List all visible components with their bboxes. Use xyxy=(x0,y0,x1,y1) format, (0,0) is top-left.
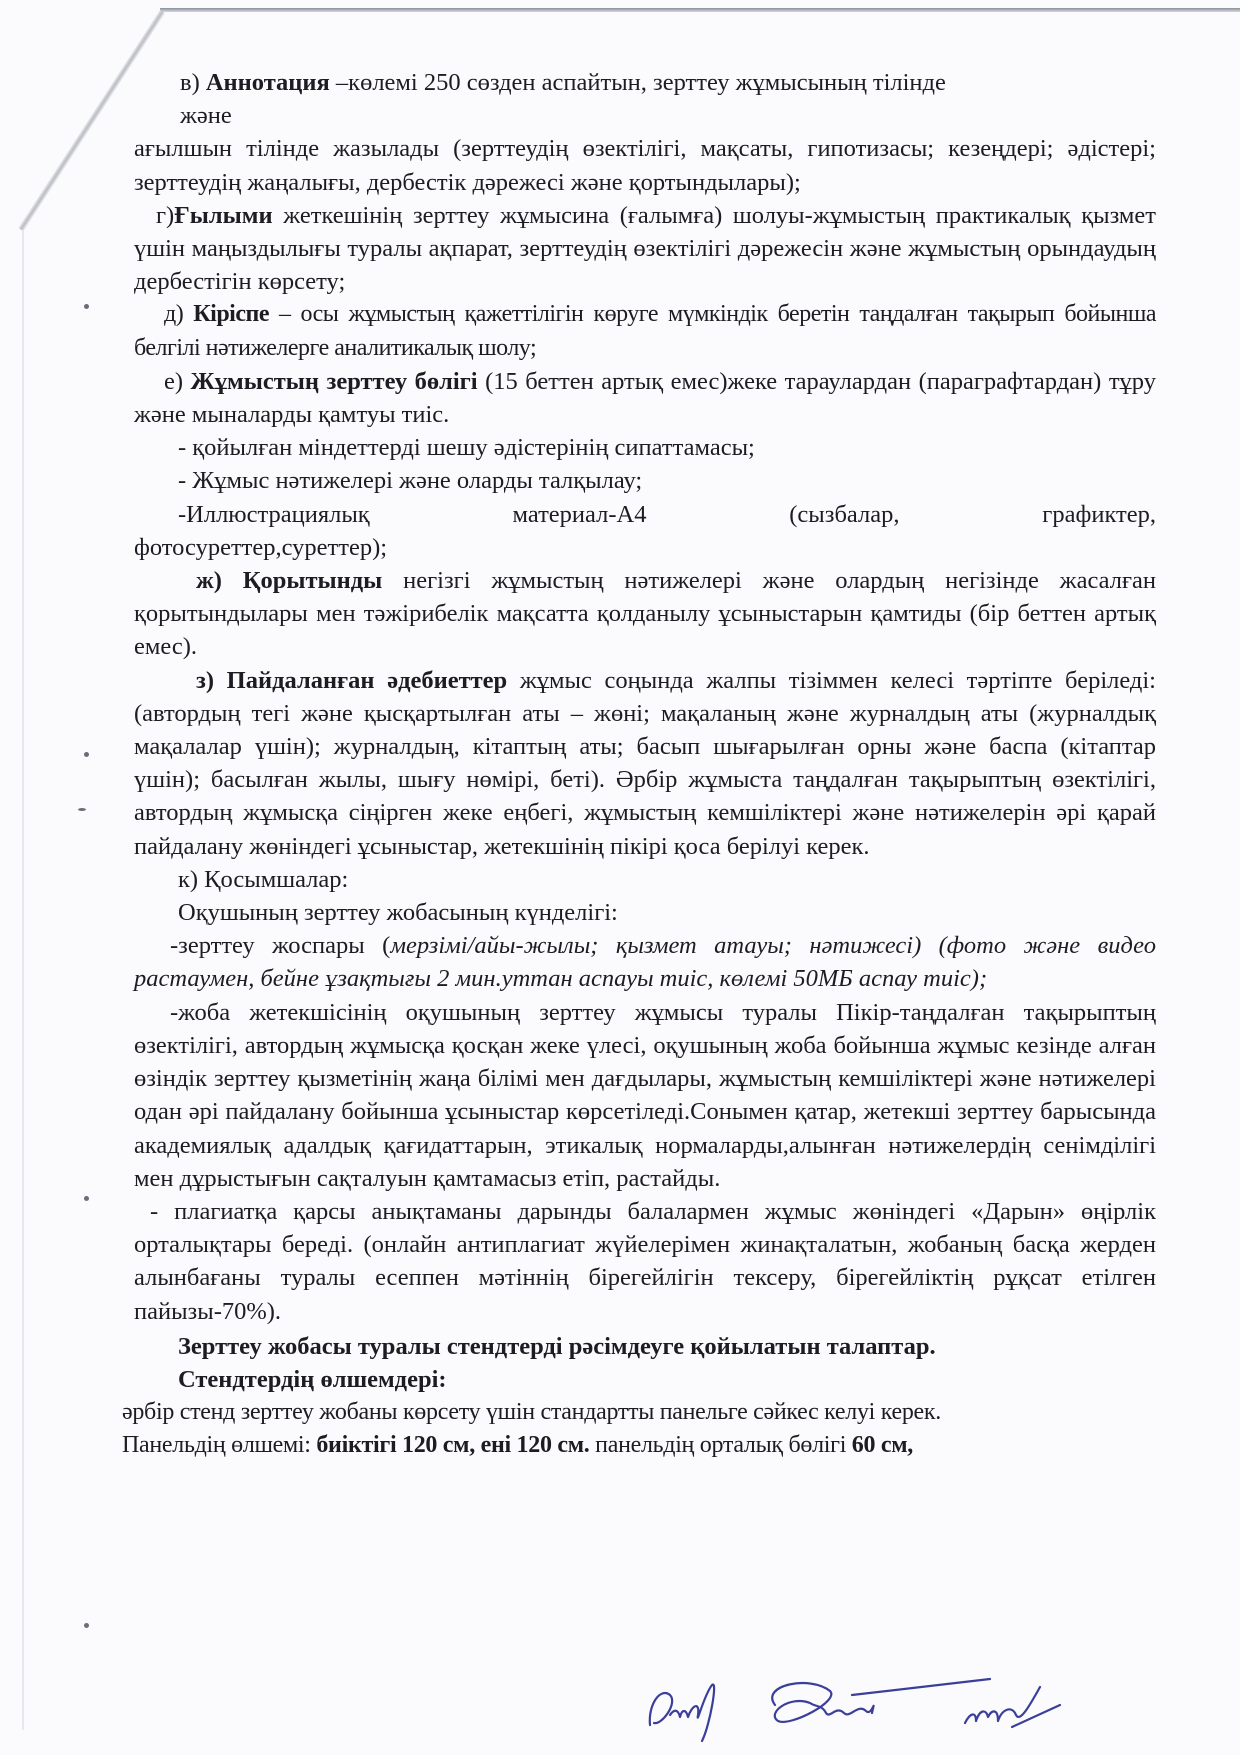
list-item-text: - қойылған міндеттерді шешу әдістерінің … xyxy=(178,434,755,461)
scan-speck xyxy=(84,304,89,309)
paragraph-text: Панельдің өлшемі: xyxy=(122,1432,316,1458)
paragraph-text: –көлемі 250 сөзден аспайтын, зерттеу жұм… xyxy=(330,69,946,96)
paragraph-text: әрбір стенд зерттеу жобаны көрсету үшін … xyxy=(122,1399,941,1425)
heading-text: к) Қосымшалар: xyxy=(178,866,348,893)
item-label: в) xyxy=(180,69,206,96)
heading-text: Оқушының зерттеу жобасының күнделігі: xyxy=(178,899,618,926)
list-item-text: -Иллюстрациялық xyxy=(178,498,370,531)
paragraph-text: жеткешінің зерттеу жұмысина (ғалымға) шо… xyxy=(134,202,1156,295)
paragraph-text: -жоба жетекшісінің оқушының зерттеу жұмы… xyxy=(134,999,1156,1192)
paragraph-text: панельдің орталық бөлігі xyxy=(589,1432,851,1458)
paragraph-research-part: е) Жұмыстың зерттеу бөлігі (15 беттен ар… xyxy=(134,365,1156,431)
signature-icon xyxy=(640,1665,1120,1745)
document-body: в) Аннотация –көлемі 250 сөзден аспайтын… xyxy=(134,66,1156,1463)
scan-speck xyxy=(84,1196,89,1201)
list-item: - Жұмыс нәтижелері және оларды талқылау; xyxy=(134,464,1156,497)
scanned-page: в) Аннотация –көлемі 250 сөзден аспайтын… xyxy=(0,0,1240,1755)
item-label: д) xyxy=(164,301,193,327)
heading-diary: Оқушының зерттеу жобасының күнделігі: xyxy=(134,896,1156,929)
dimension-text: биіктігі 120 см, ені 120 см. xyxy=(316,1432,589,1458)
term-annotation: Аннотация xyxy=(206,69,330,96)
stands-title: Зерттеу жобасы туралы стендтерді рәсімде… xyxy=(134,1330,1156,1363)
paragraph-text: жұмыс соңында жалпы тізіммен келесі тәрт… xyxy=(134,667,1156,860)
term-references: з) Пайдаланған әдебиеттер xyxy=(196,667,507,694)
paragraph-scientific: г)Ғылыми жеткешінің зерттеу жұмысина (ға… xyxy=(134,199,1156,299)
section-title: Зерттеу жобасы туралы стендтерді рәсімде… xyxy=(178,1333,936,1360)
scan-speck xyxy=(78,808,86,811)
paragraph-references: з) Пайдаланған әдебиеттер жұмыс соңында … xyxy=(134,664,1156,863)
list-item-text: фотосуреттер,суреттер); xyxy=(134,534,387,561)
term-introduction: Кіріспе xyxy=(193,301,269,327)
paragraph-text: және xyxy=(180,102,232,129)
page-top-edge xyxy=(160,8,1240,12)
paragraph-research-plan: -зерттеу жоспары (мерзімі/айы-жылы; қызм… xyxy=(134,929,1156,995)
heading-appendices: к) Қосымшалар: xyxy=(134,863,1156,896)
paragraph-introduction: д) Кіріспе – осы жұмыстың қажеттілігін к… xyxy=(134,298,1156,364)
stands-subtitle: Стендтердің өлшемдері: xyxy=(134,1363,1156,1396)
item-label: е) xyxy=(164,368,191,395)
term-scientific: Ғылыми xyxy=(174,202,272,229)
paragraph-plagiarism: - плагиатқа қарсы анықтаманы дарынды бал… xyxy=(134,1195,1156,1328)
list-item-text: графиктер, xyxy=(1042,498,1156,531)
paragraph-text: - плагиатқа қарсы анықтаманы дарынды бал… xyxy=(134,1198,1156,1325)
list-item: - қойылған міндеттерді шешу әдістерінің … xyxy=(134,431,1156,464)
paragraph-text: ағылшын тілінде жазылады (зерттеудің өзе… xyxy=(134,135,1156,195)
term-conclusion: ж) Қорытынды xyxy=(196,567,382,594)
term-research-part: Жұмыстың зерттеу бөлігі xyxy=(191,368,478,395)
paragraph-conclusion: ж) Қорытынды негізгі жұмыстың нәтижелері… xyxy=(134,564,1156,664)
list-item-text: (сызбалар, xyxy=(789,498,899,531)
dimension-text: 60 см, xyxy=(852,1432,913,1458)
scan-speck xyxy=(84,1623,89,1628)
paragraph-text: – осы жұмыстың қажеттілігін көруге мүмкі… xyxy=(134,301,1156,360)
stands-line-1: әрбір стенд зерттеу жобаны көрсету үшін … xyxy=(122,1396,1162,1429)
paragraph-annotation: в) Аннотация –көлемі 250 сөзден аспайтын… xyxy=(134,66,1156,132)
paragraph-text: -зерттеу жоспары ( xyxy=(170,932,390,959)
scan-speck xyxy=(84,752,89,757)
list-item-cont: фотосуреттер,суреттер); xyxy=(134,531,1156,564)
list-item-text: материал-А4 xyxy=(513,498,647,531)
section-subtitle: Стендтердің өлшемдері: xyxy=(178,1366,447,1393)
paragraph-annotation-cont: ағылшын тілінде жазылады (зерттеудің өзе… xyxy=(134,132,1156,198)
list-item-text: - Жұмыс нәтижелері және оларды талқылау; xyxy=(178,467,642,494)
list-item: -Иллюстрациялық материал-А4 (сызбалар, г… xyxy=(134,498,1156,531)
item-label: г) xyxy=(156,202,174,229)
stands-line-2: Панельдің өлшемі: биіктігі 120 см, ені 1… xyxy=(122,1429,1162,1462)
paragraph-supervisor-review: -жоба жетекшісінің оқушының зерттеу жұмы… xyxy=(134,996,1156,1195)
scan-margin-shadow xyxy=(22,230,24,1730)
